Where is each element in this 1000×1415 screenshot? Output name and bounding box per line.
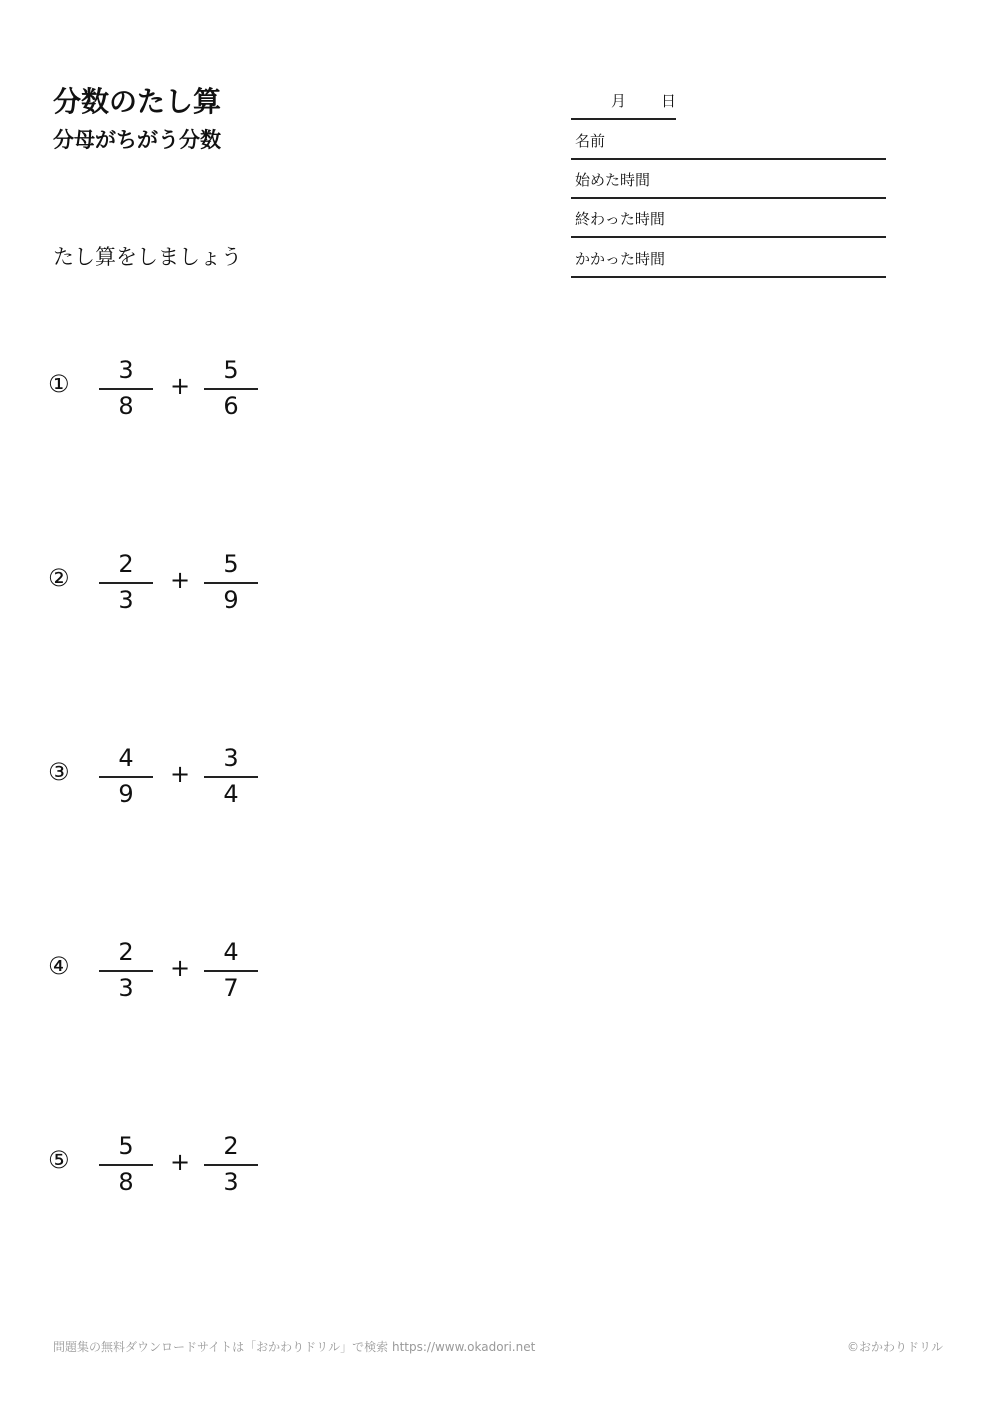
- month-label: 月: [611, 90, 626, 111]
- fraction-bar: [204, 582, 258, 584]
- numerator: 5: [99, 1132, 153, 1160]
- denominator: 3: [204, 1168, 258, 1196]
- numerator: 5: [204, 550, 258, 578]
- problem-number: ③: [48, 758, 70, 786]
- worksheet-title: 分数のたし算: [53, 80, 221, 120]
- denominator: 7: [204, 974, 258, 1002]
- start-time-label: 始めた時間: [575, 169, 650, 190]
- fraction-bar: [204, 388, 258, 390]
- fraction-bar: [99, 388, 153, 390]
- fraction-bar: [204, 1164, 258, 1166]
- problem-3: ③ 49 + 34: [48, 744, 288, 814]
- denominator: 3: [99, 586, 153, 614]
- denominator: 8: [99, 392, 153, 420]
- elapsed-time-label: かかった時間: [575, 248, 665, 269]
- numerator: 2: [99, 938, 153, 966]
- problem-2: ② 23 + 59: [48, 550, 288, 620]
- problem-number: ②: [48, 564, 70, 592]
- plus-operator: +: [170, 566, 190, 594]
- elapsed-time-field[interactable]: かかった時間: [571, 238, 886, 278]
- numerator: 2: [99, 550, 153, 578]
- plus-operator: +: [170, 760, 190, 788]
- denominator: 6: [204, 392, 258, 420]
- fraction-bar: [204, 970, 258, 972]
- fraction-bar: [99, 776, 153, 778]
- problem-number: ①: [48, 370, 70, 398]
- start-time-field[interactable]: 始めた時間: [571, 159, 886, 199]
- numerator: 5: [204, 356, 258, 384]
- fraction-bar: [99, 582, 153, 584]
- numerator: 3: [204, 744, 258, 772]
- denominator: 9: [99, 780, 153, 808]
- denominator: 9: [204, 586, 258, 614]
- plus-operator: +: [170, 954, 190, 982]
- footer-copyright: ©おかわりドリル: [847, 1338, 943, 1355]
- name-field[interactable]: 名前: [571, 120, 886, 160]
- worksheet-subtitle: 分母がちがう分数: [53, 124, 221, 154]
- name-label: 名前: [575, 130, 605, 151]
- denominator: 3: [99, 974, 153, 1002]
- numerator: 3: [99, 356, 153, 384]
- problem-number: ④: [48, 952, 70, 980]
- day-label: 日: [661, 90, 676, 111]
- instruction-text: たし算をしましょう: [53, 241, 242, 271]
- problem-number: ⑤: [48, 1146, 70, 1174]
- fraction-bar: [99, 1164, 153, 1166]
- fraction-bar: [204, 776, 258, 778]
- numerator: 4: [99, 744, 153, 772]
- plus-operator: +: [170, 372, 190, 400]
- problem-5: ⑤ 58 + 23: [48, 1132, 288, 1202]
- end-time-label: 終わった時間: [575, 208, 665, 229]
- plus-operator: +: [170, 1148, 190, 1176]
- date-field[interactable]: 月 日: [571, 88, 676, 120]
- denominator: 8: [99, 1168, 153, 1196]
- numerator: 4: [204, 938, 258, 966]
- numerator: 2: [204, 1132, 258, 1160]
- footer-download-note: 問題集の無料ダウンロードサイトは「おかわりドリル」で検索 https://www…: [53, 1338, 535, 1355]
- problem-4: ④ 23 + 47: [48, 938, 288, 1008]
- denominator: 4: [204, 780, 258, 808]
- fraction-bar: [99, 970, 153, 972]
- end-time-field[interactable]: 終わった時間: [571, 198, 886, 238]
- problem-1: ① 38 + 56: [48, 356, 288, 426]
